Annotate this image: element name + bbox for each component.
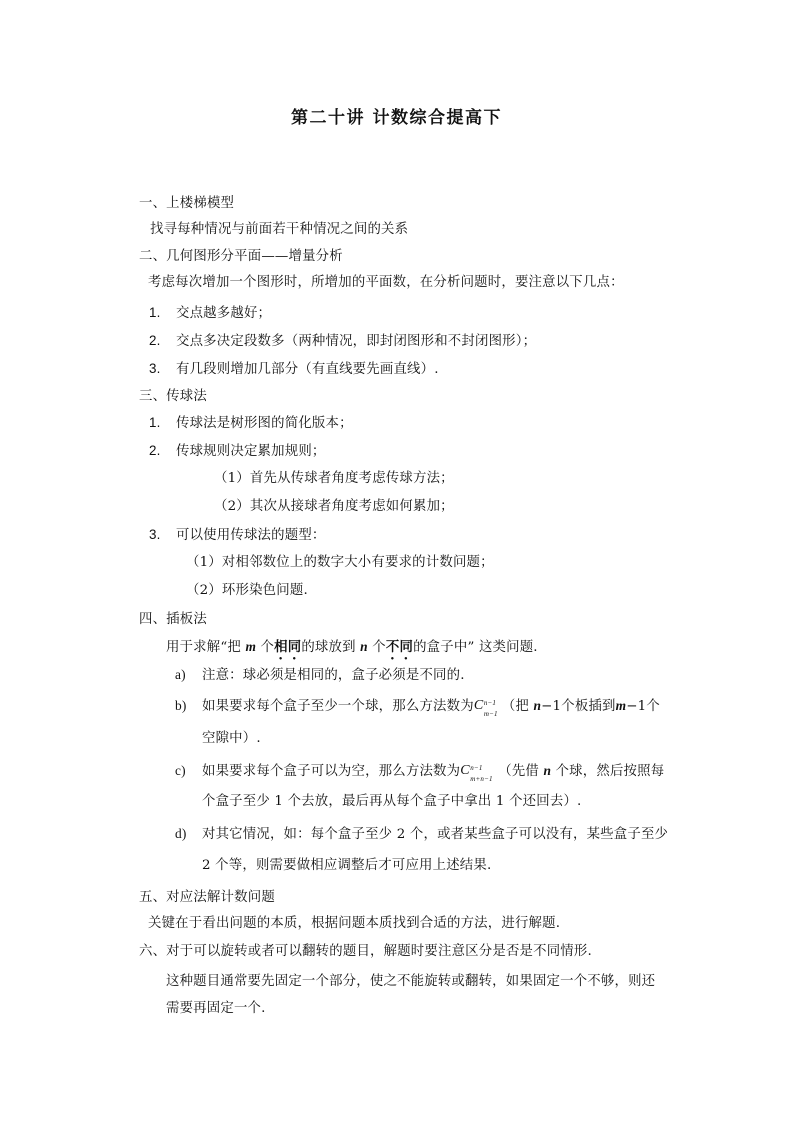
list-text: −1个 bbox=[626, 699, 660, 714]
list-text: 注意：球必须是相同的，盒子必须是不同的. bbox=[202, 668, 465, 683]
list-item: c)如果要求每个盒子可以为空，那么方法数为Cn−1m+n−1（先借 n 个球，然… bbox=[175, 762, 664, 781]
intro-text: 个 bbox=[368, 640, 386, 655]
list-item: 1.传球法是树形图的简化版本； bbox=[149, 414, 353, 433]
formula-base: C bbox=[474, 697, 484, 715]
section-5-body: 关键在于看出问题的本质，根据问题本质找到合适的方法，进行解题. bbox=[148, 915, 560, 933]
list-item: a)注意：球必须是相同的，盒子必须是不同的. bbox=[175, 666, 465, 685]
formula-sub: m+n−1 bbox=[470, 770, 493, 788]
list-number: 3. bbox=[149, 526, 176, 544]
list-text: 对其它情况，如：每个盒子至少 2 个，或者某些盒子可以没有，某些盒子至少 bbox=[202, 827, 668, 842]
list-label: d) bbox=[175, 825, 202, 843]
var-m: m bbox=[245, 639, 256, 654]
list-text: 可以使用传球法的题型： bbox=[176, 528, 326, 543]
list-item: 2.交点多决定段数多（两种情况，即封闭图形和不封闭图形）； bbox=[149, 332, 536, 351]
list-text: 有几段则增加几部分（有直线要先画直线）. bbox=[176, 362, 439, 377]
formula-sub: m−1 bbox=[484, 705, 498, 723]
intro-text: 个 bbox=[256, 640, 274, 655]
var-n: n bbox=[543, 763, 551, 778]
list-item: 3.可以使用传球法的题型： bbox=[149, 526, 326, 545]
section-3-heading: 三、传球法 bbox=[139, 388, 207, 406]
list-label: b) bbox=[175, 697, 202, 715]
intro-text: 用于求解“把 bbox=[166, 640, 245, 655]
section-4-heading: 四、插板法 bbox=[139, 611, 207, 629]
list-text: 交点越多越好； bbox=[176, 306, 271, 321]
var-n: n bbox=[533, 698, 541, 713]
section-6-body-line: 需要再固定一个. bbox=[166, 1000, 266, 1018]
var-m: m bbox=[616, 698, 627, 713]
list-number: 2. bbox=[149, 442, 176, 460]
list-continuation: 空隙中）. bbox=[202, 730, 261, 748]
list-text: 如果要求每个盒子可以为空，那么方法数为 bbox=[202, 764, 460, 779]
formula-base: C bbox=[460, 762, 470, 780]
list-number: 2. bbox=[149, 332, 176, 350]
list-text: 传球规则决定累加规则； bbox=[176, 444, 326, 459]
var-n: n bbox=[360, 639, 368, 654]
section-1-heading: 一、上楼梯模型 bbox=[139, 195, 234, 213]
emphasis-different: 不同 bbox=[386, 640, 413, 655]
list-number: 1. bbox=[149, 414, 176, 432]
section-6-body-line: 这种题目通常要先固定一个部分，使之不能旋转或翻转，如果固定一个不够，则还 bbox=[166, 973, 655, 991]
list-text: （把 bbox=[502, 699, 534, 714]
list-item: 3.有几段则增加几部分（有直线要先画直线）. bbox=[149, 360, 439, 379]
combination-formula: Cn−1m+n−1 bbox=[460, 762, 498, 780]
list-item: 2.传球规则决定累加规则； bbox=[149, 442, 326, 461]
combination-formula: Cn−1m−1 bbox=[474, 697, 502, 715]
section-2-heading: 二、几何图形分平面——增量分析 bbox=[139, 248, 343, 266]
list-text: 传球法是树形图的简化版本； bbox=[176, 416, 353, 431]
sub-item: （2）其次从接球者角度考虑如何累加； bbox=[214, 498, 454, 516]
section-2-body: 考虑每次增加一个图形时，所增加的平面数，在分析问题时，要注意以下几点： bbox=[148, 274, 624, 292]
list-text: （先借 bbox=[498, 764, 543, 779]
sub-item: （2）环形染色问题. bbox=[186, 582, 308, 600]
list-number: 1. bbox=[149, 304, 176, 322]
emphasis-same: 相同 bbox=[274, 640, 301, 655]
document-page: 第二十讲 计数综合提高下 一、上楼梯模型 找寻每种情况与前面若干种情况之间的关系… bbox=[0, 0, 793, 1122]
sub-item: （1）对相邻数位上的数字大小有要求的计数问题； bbox=[186, 554, 494, 572]
section-6-heading: 六、对于可以旋转或者可以翻转的题目，解题时要注意区分是否是不同情形. bbox=[139, 943, 592, 961]
intro-text: 的球放到 bbox=[301, 640, 360, 655]
list-text: −1个板插到 bbox=[541, 699, 616, 714]
page-title: 第二十讲 计数综合提高下 bbox=[0, 103, 793, 128]
sub-item: （1）首先从传球者角度考虑传球方法； bbox=[214, 470, 454, 488]
list-text: 交点多决定段数多（两种情况，即封闭图形和不封闭图形）； bbox=[176, 334, 536, 349]
list-item: d)对其它情况，如：每个盒子至少 2 个，或者某些盒子可以没有，某些盒子至少 bbox=[175, 825, 668, 844]
list-continuation: 2 个等，则需要做相应调整后才可应用上述结果. bbox=[202, 857, 491, 875]
list-label: a) bbox=[175, 666, 202, 684]
list-label: c) bbox=[175, 762, 202, 780]
intro-text: 的盒子中” 这类问题. bbox=[413, 640, 538, 655]
section-1-body: 找寻每种情况与前面若干种情况之间的关系 bbox=[150, 221, 408, 239]
list-item: 1.交点越多越好； bbox=[149, 304, 271, 323]
list-text: 如果要求每个盒子至少一个球，那么方法数为 bbox=[202, 699, 474, 714]
list-text: 个球，然后按照每 bbox=[551, 764, 664, 779]
list-number: 3. bbox=[149, 360, 176, 378]
list-item: b)如果要求每个盒子至少一个球，那么方法数为Cn−1m−1（把 n−1个板插到m… bbox=[175, 697, 660, 716]
section-5-heading: 五、对应法解计数问题 bbox=[139, 889, 275, 907]
list-continuation: 个盒子至少 1 个去放，最后再从每个盒子中拿出 1 个还回去）. bbox=[202, 793, 582, 811]
section-4-intro: 用于求解“把 m 个相同的球放到 n 个不同的盒子中” 这类问题. bbox=[166, 638, 538, 663]
